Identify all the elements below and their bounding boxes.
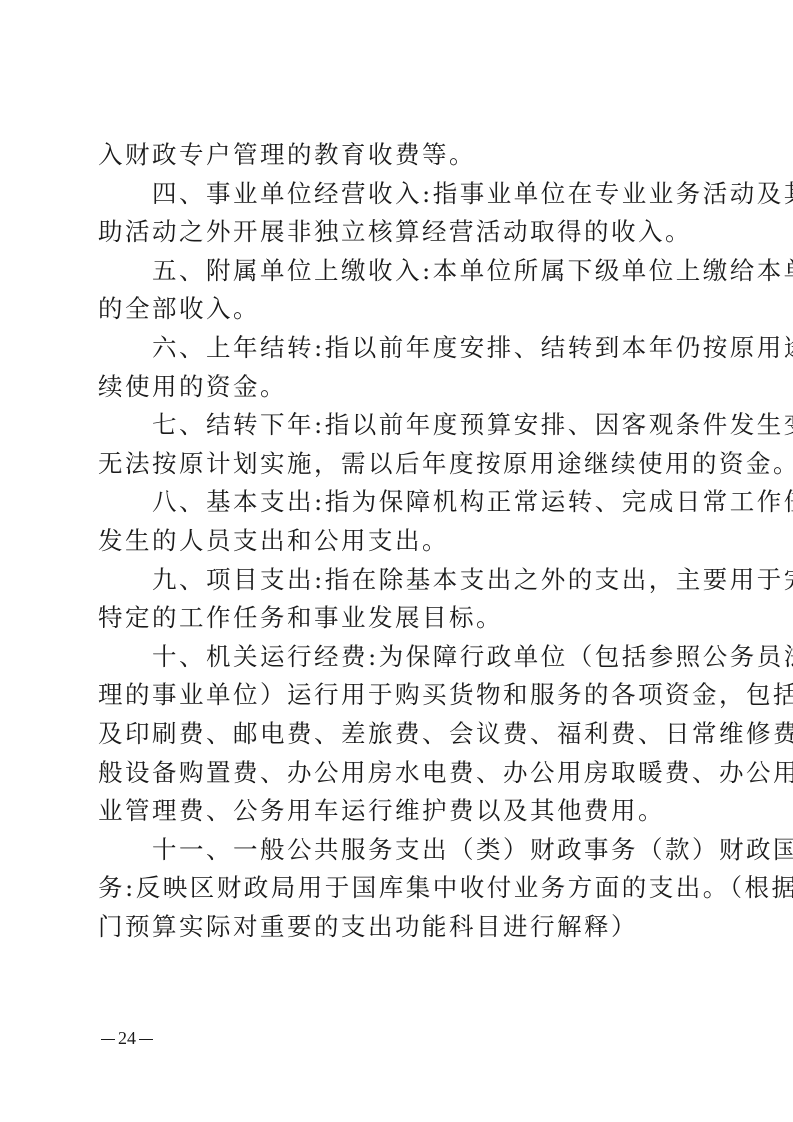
text-line: 特定的工作任务和事业发展目标。: [98, 599, 698, 638]
text-line: 九、项目支出:指在除基本支出之外的支出，主要用于完成: [98, 561, 696, 600]
text-line: 无法按原计划实施，需以后年度按原用途继续使用的资金。: [98, 445, 698, 484]
document-body: 入财政专户管理的教育收费等。 四、事业单位经营收入:指事业单位在专业业务活动及其…: [98, 136, 698, 946]
text-line: 八、基本支出:指为保障机构正常运转、完成日常工作任而: [98, 483, 696, 522]
text-line: 门预算实际对重要的支出功能科目进行解释）: [98, 908, 698, 947]
text-line: 及印刷费、邮电费、差旅费、会议费、福利费、日常维修费、一: [98, 715, 696, 754]
text-line: 助活动之外开展非独立核算经营活动取得的收入。: [98, 213, 698, 252]
text-line: 十一、一般公共服务支出（类）财政事务（款）财政国库业: [98, 831, 696, 870]
page-number-dash-left: [101, 1039, 115, 1040]
text-line: 务:反映区财政局用于国库集中收付业务方面的支出。（根据部: [98, 869, 696, 908]
text-line: 理的事业单位）运行用于购买货物和服务的各项资金，包括办公: [98, 676, 696, 715]
text-line: 六、上年结转:指以前年度安排、结转到本年仍按原用途继: [98, 329, 696, 368]
text-line: 般设备购置费、办公用房水电费、办公用房取暖费、办公用房物: [98, 754, 696, 793]
text-line: 发生的人员支出和公用支出。: [98, 522, 698, 561]
text-line: 的全部收入。: [98, 290, 698, 329]
document-page: 入财政专户管理的教育收费等。 四、事业单位经营收入:指事业单位在专业业务活动及其…: [0, 0, 793, 1122]
page-number: 24: [98, 1028, 156, 1049]
page-number-dash-right: [139, 1039, 153, 1040]
page-number-value: 24: [118, 1028, 136, 1048]
text-line: 七、结转下年:指以前年度预算安排、因客观条件发生变化: [98, 406, 696, 445]
text-line: 入财政专户管理的教育收费等。: [98, 136, 698, 175]
text-line: 四、事业单位经营收入:指事业单位在专业业务活动及其辅: [98, 175, 696, 214]
text-line: 业管理费、公务用车运行维护费以及其他费用。: [98, 792, 698, 831]
text-line: 十、机关运行经费:为保障行政单位（包括参照公务员法管: [98, 638, 696, 677]
text-line: 五、附属单位上缴收入:本单位所属下级单位上缴给本单位: [98, 252, 696, 291]
text-line: 续使用的资金。: [98, 368, 698, 407]
